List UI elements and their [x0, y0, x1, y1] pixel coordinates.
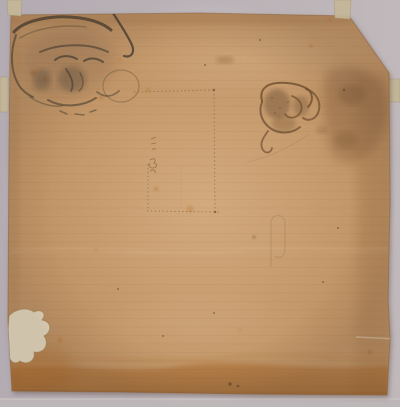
artwork-photo-canvas [0, 0, 400, 407]
artwork-photo [0, 0, 400, 407]
vignette [0, 0, 400, 407]
